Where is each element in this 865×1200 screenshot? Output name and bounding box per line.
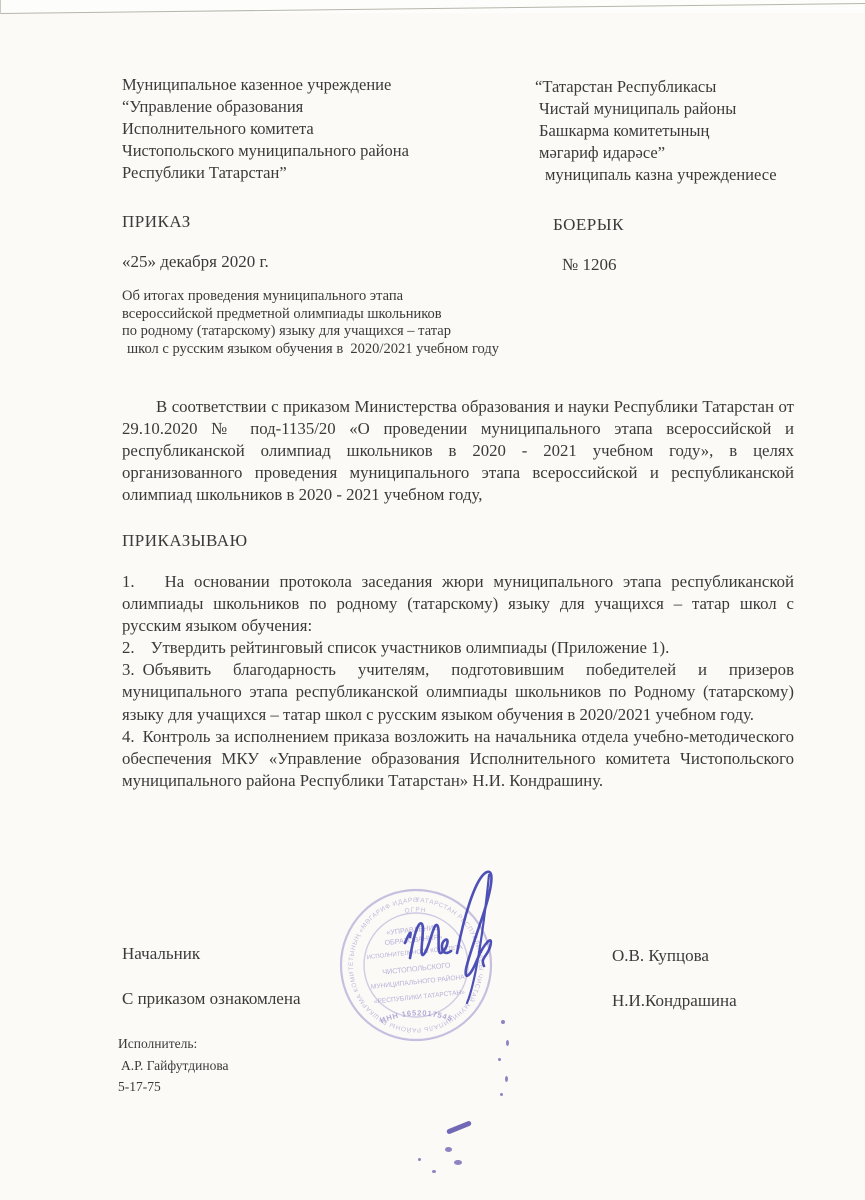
- handwritten-signature: [393, 863, 518, 1058]
- order-date: «25» декабря 2020 г.: [122, 252, 269, 272]
- item-number: 1.: [122, 571, 135, 593]
- ink-speck: [454, 1160, 462, 1165]
- preamble-paragraph: В соответствии с приказом Министерства о…: [122, 396, 794, 506]
- ink-speck: [432, 1170, 436, 1173]
- item-number: 4.: [122, 726, 135, 748]
- order-items: 1.На основании протокола заседания жюри …: [122, 571, 794, 792]
- letterhead-tat-line: “Татарстан Республикасы: [535, 76, 777, 98]
- ink-smudge: [446, 1120, 472, 1134]
- order-item-4: 4.Контроль за исполнением приказа возлож…: [122, 726, 794, 792]
- item-number: 2.: [122, 637, 135, 659]
- scan-edge-nick: [0, 0, 1, 14]
- letterhead-tat-line: Чистай муниципаль районы: [535, 98, 777, 120]
- signature-stroke: [410, 923, 451, 958]
- ink-speck: [505, 1076, 508, 1082]
- signature-name-kuptsova: О.В. Купцова: [612, 946, 709, 966]
- item-text: Утвердить рейтинговый список участников …: [151, 638, 670, 657]
- ink-speck: [418, 1158, 421, 1161]
- ink-speck: [501, 1020, 505, 1024]
- subject-line: по родному (татарскому) языку для учащих…: [122, 323, 499, 341]
- order-item-2: 2.Утвердить рейтинговый список участнико…: [122, 637, 794, 659]
- order-subject: Об итогах проведения муниципального этап…: [122, 288, 499, 358]
- ink-speck: [500, 1093, 503, 1096]
- item-text: Объявить благодарность учителям, подгото…: [122, 660, 794, 723]
- item-number: 3.: [122, 659, 135, 681]
- acknowledged-label: С приказом ознакомлена: [122, 989, 301, 1009]
- ink-speck: [445, 1147, 452, 1152]
- order-number: № 1206: [562, 255, 616, 275]
- item-text: Контроль за исполнением приказа возложит…: [122, 727, 794, 790]
- letterhead-tatar: “Татарстан Республикасы Чистай муниципал…: [535, 76, 777, 186]
- executor-block: Исполнитель: А.Р. Гайфутдинова 5-17-75: [118, 1033, 229, 1098]
- signature-name-kondrashina: Н.И.Кондрашина: [612, 991, 737, 1011]
- letterhead-ru-line: Республики Татарстан”: [122, 162, 409, 184]
- signature-stroke: [457, 872, 491, 976]
- letterhead-tat-line: Башкарма комитетының: [535, 120, 777, 142]
- signature-stroke: [467, 875, 489, 1003]
- signature-stroke: [405, 933, 411, 943]
- order-item-3: 3.Объявить благодарность учителям, подго…: [122, 659, 794, 725]
- letterhead-ru-line: Чистопольского муниципального района: [122, 140, 409, 162]
- letterhead-ru-line: “Управление образования: [122, 96, 409, 118]
- subject-line: Об итогах проведения муниципального этап…: [122, 288, 499, 306]
- order-title-ru: ПРИКАЗ: [122, 212, 191, 232]
- executor-phone: 5-17-75: [118, 1076, 229, 1098]
- signature-role-label: Начальник: [122, 944, 200, 964]
- letterhead-tat-line: муниципаль казна учреждениесе: [535, 164, 777, 186]
- item-text: На основании протокола заседания жюри му…: [122, 572, 794, 635]
- letterhead-russian: Муниципальное казенное учреждение “Управ…: [122, 74, 409, 184]
- ink-speck: [498, 1058, 501, 1061]
- order-title-tat: БОЕРЫК: [553, 215, 624, 235]
- letterhead-tat-line: мәгариф идарәсе”: [535, 142, 777, 164]
- command-word: ПРИКАЗЫВАЮ: [122, 531, 248, 551]
- subject-line: школ с русским языком обучения в 2020/20…: [122, 341, 499, 359]
- executor-label: Исполнитель:: [118, 1033, 229, 1055]
- executor-name: А.Р. Гайфутдинова: [118, 1055, 229, 1077]
- subject-line: всероссийской предметной олимпиады школь…: [122, 306, 499, 324]
- letterhead-ru-line: Исполнительного комитета: [122, 118, 409, 140]
- ink-speck: [506, 1040, 509, 1046]
- letterhead-ru-line: Муниципальное казенное учреждение: [122, 74, 409, 96]
- order-item-1: 1.На основании протокола заседания жюри …: [122, 571, 794, 637]
